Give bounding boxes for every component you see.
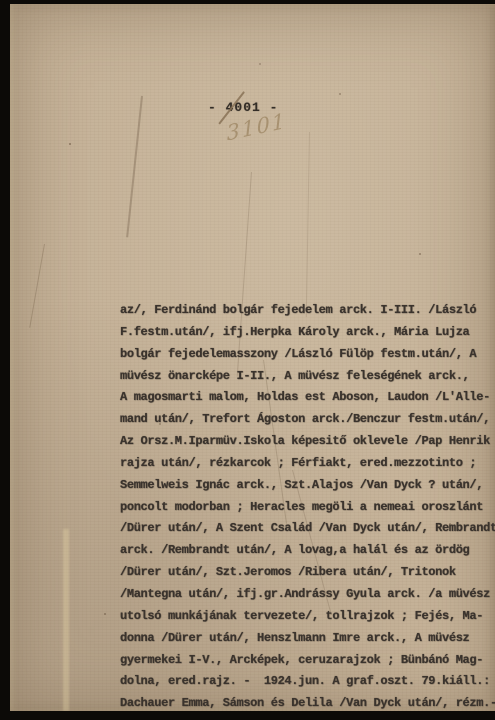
typed-line: bolgár fejedelemasszony /László Fülöp fe… — [120, 344, 490, 366]
scan-edge-left — [0, 0, 10, 720]
typed-line: dolna, ered.rajz. - 1924.jun. A graf.osz… — [120, 671, 490, 693]
typed-line: poncolt modorban ; Heracles megöli a nem… — [120, 497, 490, 519]
scanned-document-page: - 4001 - 3101 az/, Ferdinánd bolgár feje… — [10, 4, 495, 711]
typed-line: /Mantegna után/, ifj.gr.Andrássy Gyula a… — [120, 584, 490, 606]
typed-text-block: az/, Ferdinánd bolgár fejedelem arck. I-… — [120, 300, 490, 711]
typed-line: utolsó munkájának tervezete/, tollrajzok… — [120, 606, 490, 628]
typed-line: F.festm.után/, ifj.Herpka Károly arck., … — [120, 322, 490, 344]
typed-line: /Dürer után/, A Szent Család /Van Dyck u… — [120, 518, 490, 540]
typed-line: Semmelweis Ignác arck., Szt.Alajos /Van … — [120, 475, 490, 497]
paper-light-streak — [63, 529, 69, 711]
typed-line: /Dürer után/, Szt.Jeromos /Ribera után/,… — [120, 562, 490, 584]
scan-edge-bottom — [0, 711, 495, 720]
typed-line: arck. /Rembrandt után/, A lovag,a halál … — [120, 540, 490, 562]
typed-line: gyermekei I-V., Arcképek, ceruzarajzok ;… — [120, 650, 490, 672]
typed-line: donna /Dürer után/, Henszlmann Imre arck… — [120, 628, 490, 650]
typed-line: A magosmarti malom, Holdas est Aboson, L… — [120, 387, 490, 409]
typed-line: Az Orsz.M.Iparmüv.Iskola képesitő okleve… — [120, 431, 490, 453]
typed-line: az/, Ferdinánd bolgár fejedelem arck. I-… — [120, 300, 490, 322]
typed-line: Dachauer Emma, Sámson és Delila /Van Dyc… — [120, 693, 490, 711]
typed-line: rajza után/, rézkarcok ; Férfiakt, ered.… — [120, 453, 490, 475]
typed-line: mand után/, Trefort Ágoston arck./Benczu… — [120, 409, 490, 431]
typed-line: müvész önarcképe I-II., A müvész feleség… — [120, 366, 490, 388]
